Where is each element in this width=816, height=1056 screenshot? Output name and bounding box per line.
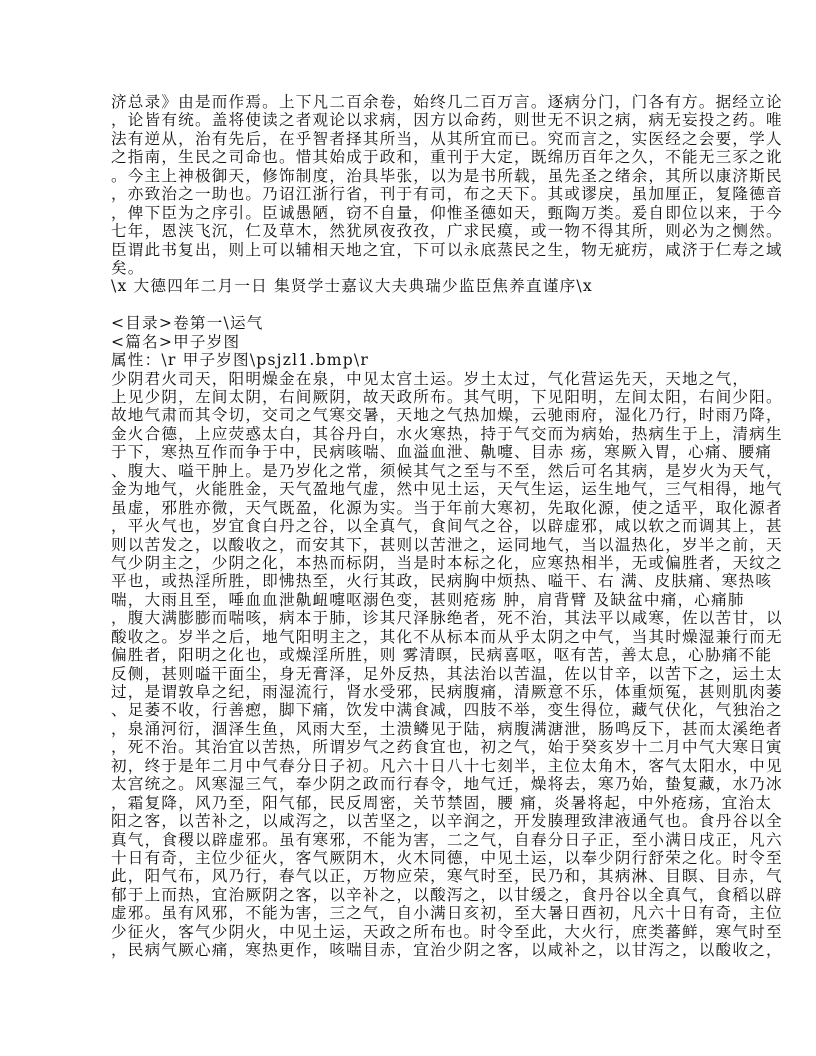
body-line: ，霜复降，风乃至，阳气郁，民反周密，关节禁固，腰 痛，炎暑将起，中外疮疡，宜治太 [111,794,711,812]
body-line: 初，终于是年二月中气春分日子初。凡六十日八十七刻半，主位太角木，客气太阳水，中见 [111,757,711,775]
catalog-heading: <目录>卷第一\运气 [111,314,711,332]
preface-line: 七年，恩浃飞沉，仁及草木，然犹夙夜孜孜，广求民瘼，或一物不得其所，则必为之恻然。 [111,222,711,240]
body-line: 气少阴主之，少阴之化，本热而标阴，当是时本标之化，应寒热相半，无或偏胜者，天纹之 [111,554,711,572]
body-line: ，腹大满膨膨而喘咳，病本于肺，诊其尺泽脉绝者，死不治，其法平以咸寒，佐以苦甘，以 [111,609,711,627]
preface-line: 臣谓此书复出，则上可以辅相天地之宜，下可以永底蒸民之生，物无疵疠，咸济于仁寿之域 [111,241,711,259]
body-line: 上见少阴，左间太阴，右间厥阴，故天政所布。其气明，下见阳明，左间太阳，右间少阳。 [111,388,711,406]
chapter-header: <目录>卷第一\运气 <篇名>甲子岁图 属性：\r 甲子岁图\psjzl1.bm… [111,314,711,369]
body-line: 酸收之。岁半之后，地气阳明主之，其化不从标本而从乎太阴之中气，当其时燥湿兼行而无 [111,628,711,646]
body-line: ，平火气也，岁宜食白丹之谷，以全真气，食间气之谷，以辟虚邪，咸以软之而调其上，甚 [111,517,711,535]
preface-line: ，亦致治之一助也。乃诏江浙行省，刊于有司，布之天下。其或谬戾，虽加厘正，复隆德音 [111,185,711,203]
body-line: 十日有奇，主位少征火，客气厥阴木，火木同德，中见土运，以奉少阴行舒荣之化。时令至 [111,849,711,867]
preface-line: ，俾下臣为之序引。臣诚愚陋，窃不自量，仰惟圣德如天，甄陶万类。爰自即位以来，于今 [111,204,711,222]
body-line: 喘，大雨且至，唾血血泄鼽衄嚏呕溺色变，甚则疮疡 肿，肩背臂 及缺盆中痛，心痛肺 [111,591,711,609]
attribute-line: 属性：\r 甲子岁图\psjzl1.bmp\r [111,351,711,369]
preface-line: 济总录》由是而作焉。上下凡二百余卷，始终几二百万言。逐病分门，门各有方。据经立论 [111,93,711,111]
chapter-title: <篇名>甲子岁图 [111,333,711,351]
preface-signature: \x 大德四年二月一日 集贤学士嘉议大夫典瑞少监臣焦养直谨序\x [111,277,711,295]
body-line: 于下，寒热互作而争于中，民病咳喘、血溢血泄、鼽嚏、目赤 疡，寒厥入胃，心痛、腰痛 [111,443,711,461]
blank-line [111,296,711,314]
body-line: 阳之客，以苦补之，以咸泻之，以苦坚之，以辛润之，开发腠理致津液通气也。食丹谷以全 [111,812,711,830]
body-line: ，死不治。其治宜以苦热，所谓岁气之药食宜也，初之气，始于癸亥岁十二月中气大寒日寅 [111,738,711,756]
body-line: 虚邪。虽有风邪，不能为害，三之气，自小满日亥初，至大暑日酉初，凡六十日有奇，主位 [111,904,711,922]
body-line: 太宫统之。风寒湿三气，奉少阴之政而行春令，地气迁，燥将去，寒乃始，蛰复藏，水乃冰 [111,775,711,793]
body-line: 、腹大、嗌干肿上。是乃岁化之常，须候其气之至与不至，然后可名其病，是岁火为天气， [111,462,711,480]
body-line: 过，是谓敦阜之纪，雨湿流行，肾水受邪，民病腹痛，清厥意不乐，体重烦冤，甚则肌肉萎 [111,683,711,701]
preface-line: 。今主上神极御天，修饰制度，治具毕张，以为是书所载，虽先圣之绪余，其所以康济斯民 [111,167,711,185]
body-line: 金为地气，火能胜金，天气盈地气虚，然中见土运，天气生运，运生地气，三气相得，地气 [111,480,711,498]
preface-section: 济总录》由是而作焉。上下凡二百余卷，始终几二百万言。逐病分门，门各有方。据经立论… [111,93,711,296]
body-line: 反侧，甚则嗌干面尘，身无膏泽，足外反热，其法治以苦温，佐以甘辛，以苦下之，运土太 [111,665,711,683]
body-line: ，民病气厥心痛，寒热更作，咳喘目赤，宜治少阴之客，以咸补之，以甘泻之，以酸收之， [111,941,711,959]
body-section: 少阴君火司天，阳明燥金在泉，中见太宫土运。岁土太过，气化营运先天，天地之气， 上… [111,370,711,960]
body-line: 少征火，客气少阴火，中见土运，天政之所布也。时令至此，大火行，庶类蕃鲜，寒气时至 [111,923,711,941]
body-line: 、足萎不收，行善瘛，脚下痛，饮发中满食减，四肢不举，变生得位，藏气伏化，气独治之 [111,701,711,719]
body-line: 金火合德，上应荧惑太白，其谷丹白，水火寒热，持于气交而为病始，热病生于上，清病生 [111,425,711,443]
body-line: 郁于上而热，宜治厥阴之客，以辛补之，以酸泻之，以甘缓之，食丹谷以全真气，食稻以辟 [111,886,711,904]
body-line: 此，阳气布，风乃行，春气以正，万物应荣，寒气时至，民乃和，其病淋、目瞑、目赤，气 [111,867,711,885]
body-line: 少阴君火司天，阳明燥金在泉，中见太宫土运。岁土太过，气化营运先天，天地之气， [111,370,711,388]
document-page: 济总录》由是而作焉。上下凡二百余卷，始终几二百万言。逐病分门，门各有方。据经立论… [111,93,711,960]
body-line: 偏胜者，阳明之化也，或燥淫所胜，则 雾清暝，民病喜呕，呕有苦，善太息，心胁痛不能 [111,646,711,664]
body-line: 平也，或热淫所胜，即怫热至，火行其政，民病胸中烦热、嗌干、右 满、皮肤痛、寒热咳 [111,572,711,590]
body-line: 则以苦发之，以酸收之，而安其下，甚则以苦泄之，运同地气，当以温热化，岁半之前，天 [111,536,711,554]
body-line: 真气，食稷以辟虚邪。虽有寒邪，不能为害，二之气，自春分日子正，至小满日戌正，凡六 [111,831,711,849]
preface-line: 矣。 [111,259,711,277]
preface-line: ，论皆有统。盖将使读之者观论以求病，因方以命药，则世无不识之病，病无妄投之药。唯 [111,111,711,129]
body-line: 故地气肃而其令切，交司之气寒交暑，天地之气热加燥，云驰雨府，湿化乃行，时雨乃降， [111,406,711,424]
body-line: ，泉涌河衍，涸泽生鱼，风雨大至，土溃鳞见于陆，病腹满溏泄，肠鸣反下，甚而太溪绝者 [111,720,711,738]
preface-line: 之指南，生民之司命也。惜其始成于政和，重刊于大定，既绵历百年之久，不能无三豕之讹 [111,148,711,166]
preface-line: 法有逆从，治有先后，在乎智者择其所当，从其所宜而已。究而言之，实医经之会要，学人 [111,130,711,148]
body-line: 虽虚，邪胜亦微，天气既盈，化源为实。当于年前大寒初，先取化源，使之适平，取化源者 [111,499,711,517]
